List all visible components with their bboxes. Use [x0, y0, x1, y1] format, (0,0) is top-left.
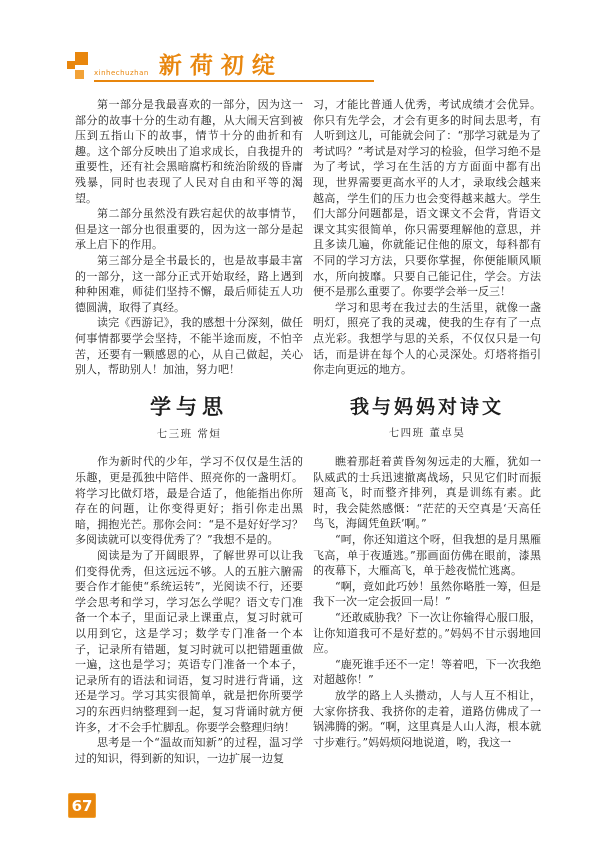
paragraph: 学习和思考在我过去的生活里，就像一盏明灯，照亮了我的灵魂，使我的生存有了一点点光…	[313, 300, 541, 378]
masthead-rule: xinhechuzhan 新荷初绽	[94, 50, 374, 82]
article-author: 七三班 常烜	[75, 427, 303, 443]
article-title-poetry-with-mom: 我与妈妈对诗文	[313, 396, 541, 419]
paragraph: 放学的路上人头攒动，人与人互不相让，大家你挤我、我挤你的走着，道路仿佛成了一锅沸…	[313, 688, 541, 750]
paragraph: 第一部分是我最喜欢的一部分，因为这一部分的故事十分的生动有趣，从大闹天宫到被压到…	[75, 97, 303, 206]
paragraph: “呵，你还知道这个呀，但我想的是月黑雁飞高，单于夜遁逃。”那画面仿佛在眼前，漆黑…	[313, 532, 541, 579]
paragraph: “啊，竟如此巧妙！虽然你略胜一筹，但是我下一次一定会扳回一局！”	[313, 579, 541, 610]
article-title-learning-and-thinking: 学与思	[75, 394, 303, 419]
logo-square-large	[75, 52, 88, 65]
two-column-body: 第一部分是我最喜欢的一部分，因为这一部分的故事十分的生动有趣，从大闹天宫到被压到…	[75, 97, 541, 766]
paragraph-continued: 习，才能比普通人优秀，考试成绩才会优异。你只有先学会，才会有更多的时间去思考，有…	[313, 97, 541, 300]
paragraph: 阅读是为了开阔眼界，了解世界可以让我们变得优秀，但这远远不够。人的五脏六腑需要合…	[75, 548, 303, 735]
paragraph: 第三部分是全书最长的，也是故事最丰富的一部分，这一部分正式开始取经，路上遇到种种…	[75, 253, 303, 315]
magazine-logo-icon	[66, 50, 90, 82]
logo-romanized-text: xinhechuzhan	[94, 69, 149, 80]
logo-square-small-bottom	[75, 70, 84, 79]
paragraph: 思考是一个“温故而知新”的过程，温习学过的知识，得到新的知识，一边扩展一边复	[75, 735, 303, 766]
page-header: xinhechuzhan 新荷初绽	[66, 50, 540, 86]
left-column: 第一部分是我最喜欢的一部分，因为这一部分的故事十分的生动有趣，从大闹天宫到被压到…	[75, 97, 303, 766]
paragraph: “还敢威胁我？下一次让你输得心服口服，让你知道我可不是好惹的。”妈妈不甘示弱地回…	[313, 610, 541, 657]
masthead-title: 新荷初绽	[159, 55, 283, 80]
page-number-badge: 67	[68, 793, 96, 818]
article-author: 七四班 董卓昊	[313, 426, 541, 442]
right-column: 习，才能比普通人优秀，考试成绩才会优异。你只有先学会，才会有更多的时间去思考，有…	[313, 97, 541, 766]
paragraph: 第二部分虽然没有跌宕起伏的故事情节，但是这一部分也很重要的，因为这一部分是起承上…	[75, 206, 303, 253]
logo-square-small-left	[67, 61, 75, 69]
paragraph: 瞧着那赶着黄昏匆匆远走的大雁，犹如一队威武的士兵迅速撤离战场，只见它们时而振翅高…	[313, 454, 541, 532]
paragraph: 读完《西游记》，我的感想十分深刻，做任何事情都要学会坚持，不能半途而废，不怕辛苦…	[75, 315, 303, 377]
paragraph: 作为新时代的少年，学习不仅仅是生活的乐趣，更是孤独中陪伴、照亮你的一盏明灯。将学…	[75, 454, 303, 548]
paragraph: “鹿死谁手还不一定！等着吧，下一次我绝对超越你！”	[313, 657, 541, 688]
